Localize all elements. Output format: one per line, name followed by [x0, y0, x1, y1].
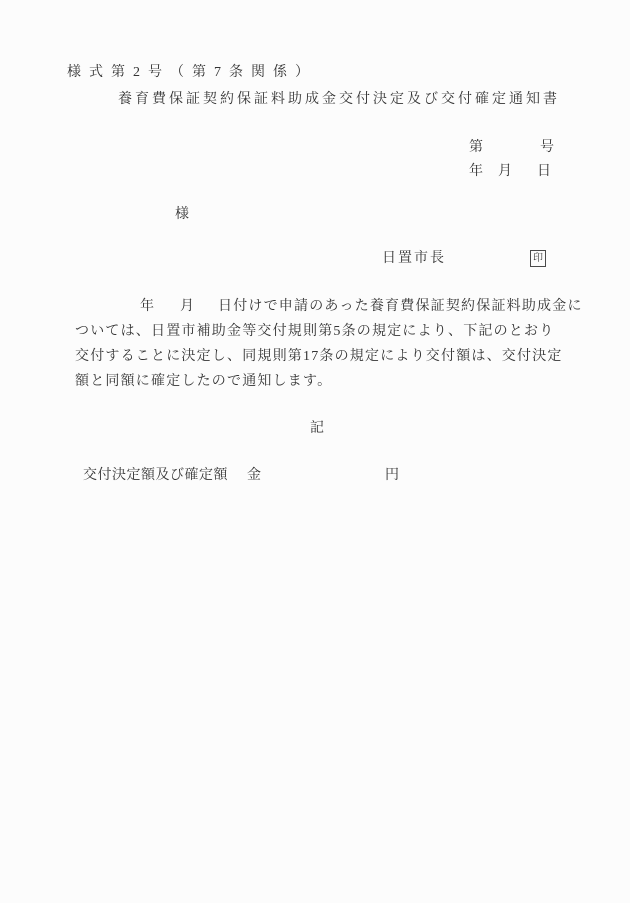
list-marker: 記: [310, 420, 324, 437]
body-line4: 額と同額に確定したので通知します。: [75, 373, 332, 390]
amount-currency-suffix: 円: [385, 467, 399, 484]
issuer-title: 日置市長: [382, 250, 446, 267]
body-line1-month: 月: [180, 298, 195, 315]
form-number: 様式第2号（第7条関係）: [67, 64, 317, 81]
body-line2: ついては、日置市補助金等交付規則第5条の規定により、下記のとおり: [75, 323, 554, 340]
document-page: 様式第2号（第7条関係） 養育費保証契約保証料助成金交付決定及び交付確定通知書 …: [0, 0, 630, 903]
amount-label: 交付決定額及び確定額: [83, 467, 228, 484]
seal-mark: 印: [530, 250, 546, 267]
doc-number-suffix: 号: [540, 139, 554, 156]
date-month-label: 月: [498, 163, 512, 180]
addressee-honorific: 様: [175, 206, 189, 223]
body-line1-year: 年: [140, 298, 155, 315]
document-title: 養育費保証契約保証料助成金交付決定及び交付確定通知書: [118, 91, 560, 108]
doc-number-prefix: 第: [469, 139, 483, 156]
amount-currency-prefix: 金: [247, 467, 261, 484]
date-day-label: 日: [537, 163, 551, 180]
date-year-label: 年: [469, 163, 483, 180]
body-line1-rest: 日付けで申請のあった養育費保証契約保証料助成金に: [218, 298, 583, 315]
body-line3: 交付することに決定し、同規則第17条の規定により交付額は、交付決定: [75, 348, 563, 365]
